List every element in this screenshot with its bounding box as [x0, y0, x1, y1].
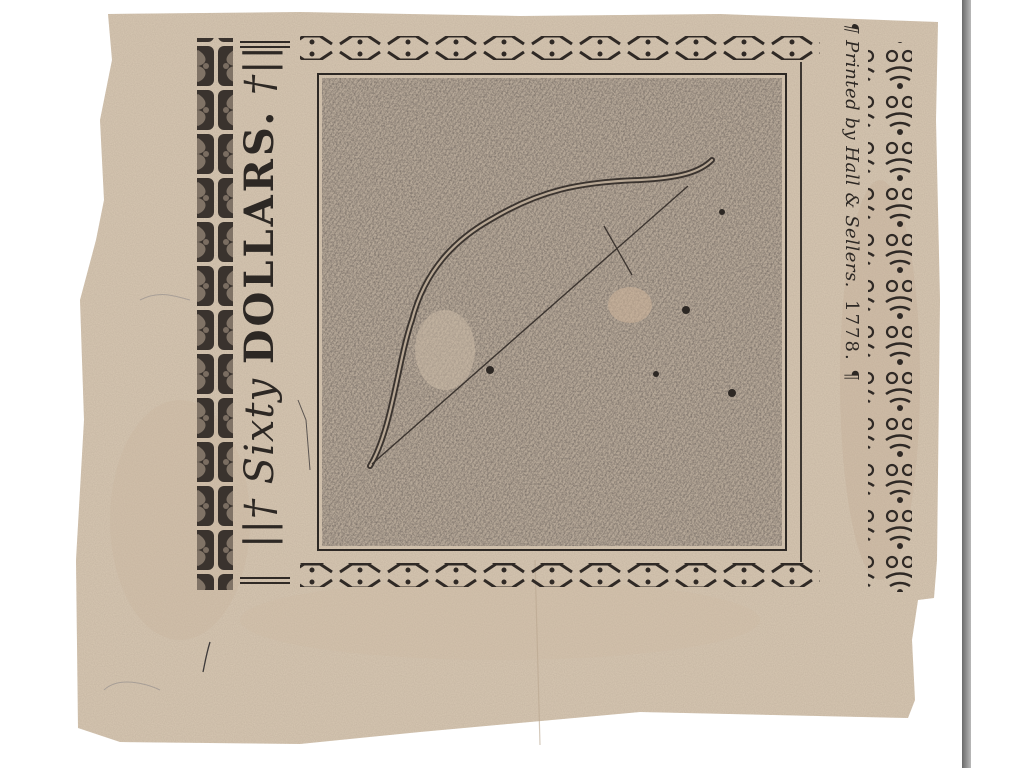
denomination-caps: DOLLARS.: [236, 109, 283, 364]
banknote-paper: [0, 0, 1024, 768]
printer-line: ¶ Printed by Hall & Sellers.: [841, 22, 862, 288]
denomination-ornament-left: ||†: [237, 498, 283, 548]
side-shadow-bar: [962, 0, 971, 768]
denomination-label: ||† Sixty DOLLARS. †||: [236, 45, 283, 548]
denomination-ornament-right: †||: [237, 45, 283, 95]
note-photo: ||† Sixty DOLLARS. †|| ¶ Printed by Hall…: [0, 0, 1024, 768]
printer-year: 1778. ¶: [841, 300, 862, 383]
printer-imprint: ¶ Printed by Hall & Sellers. 1778. ¶: [841, 22, 862, 383]
denomination-prefix: Sixty: [237, 378, 283, 484]
